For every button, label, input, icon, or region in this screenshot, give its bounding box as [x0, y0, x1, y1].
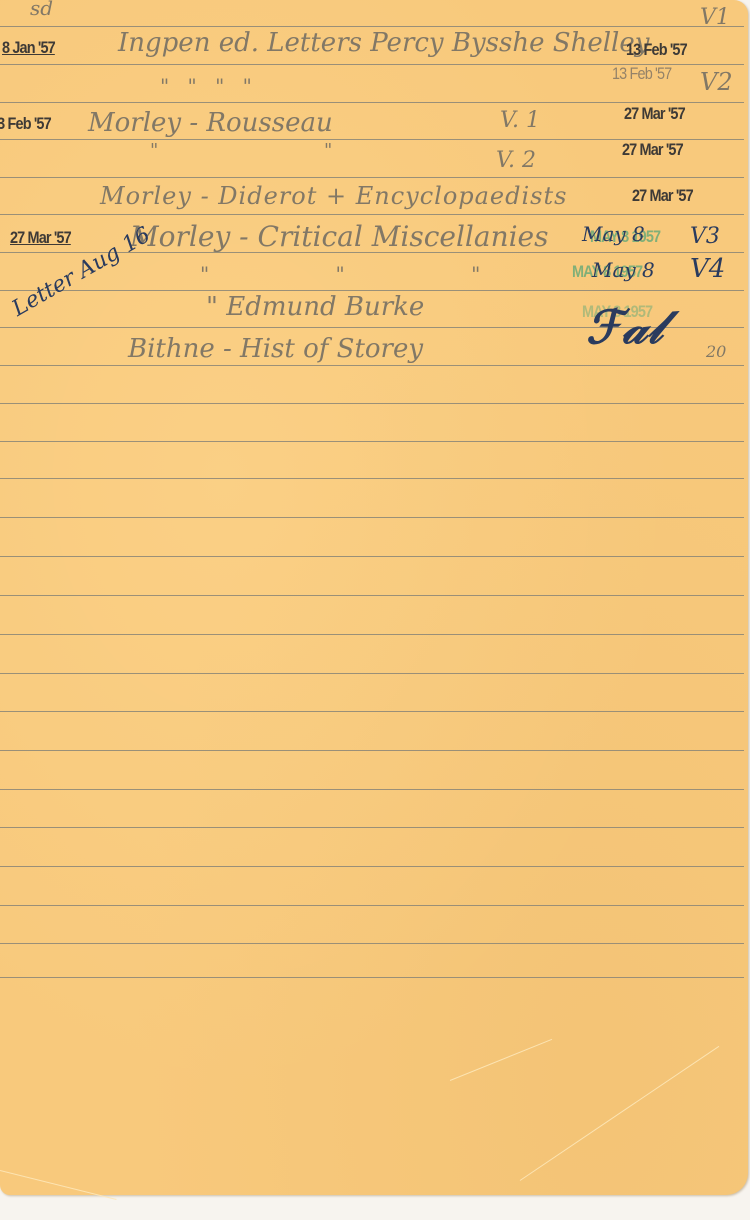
- top-note: sd: [30, 0, 53, 20]
- checkout-stamp: 13 Feb '57: [0, 114, 51, 134]
- ditto-marks: " ": [150, 140, 412, 161]
- entry-title: Ingpen ed. Letters Percy Bysshe Shelley: [118, 28, 649, 58]
- librarian-signature: ℱ𝒶𝓁: [586, 300, 663, 356]
- volume-note: V4: [690, 254, 725, 284]
- return-stamp: 13 Feb '57: [626, 40, 687, 60]
- return-note: 20: [706, 342, 726, 361]
- volume-note: V3: [690, 224, 720, 249]
- entry-title: Morley - Rousseau: [88, 108, 333, 138]
- return-note: May 8: [592, 258, 655, 282]
- return-stamp: 27 Mar '57: [622, 140, 683, 160]
- library-card: sd 8 Jan '57 Ingpen ed. Letters Percy By…: [0, 0, 748, 1195]
- entry-title: Morley - Diderot + Encyclopaedists: [100, 182, 567, 210]
- entry-title: Morley - Critical Miscellanies: [130, 220, 549, 253]
- volume-note: V. 1: [500, 108, 540, 133]
- ditto-marks: " " " ": [160, 74, 258, 98]
- return-stamp: 13 Feb '57: [612, 64, 671, 84]
- return-stamp: 27 Mar '57: [624, 104, 685, 124]
- ditto-marks: " " ": [200, 262, 540, 286]
- entry-title: " Edmund Burke: [206, 292, 424, 322]
- volume-note: V. 2: [496, 148, 536, 173]
- volume-note: V2: [700, 68, 733, 96]
- entry-title: Bithne - Hist of Storey: [128, 334, 423, 364]
- volume-note: V1: [700, 5, 730, 30]
- return-stamp: 27 Mar '57: [632, 186, 693, 206]
- checkout-stamp: 27 Mar '57: [10, 228, 71, 248]
- return-note: May 8: [582, 222, 645, 246]
- checkout-stamp: 8 Jan '57: [2, 38, 55, 58]
